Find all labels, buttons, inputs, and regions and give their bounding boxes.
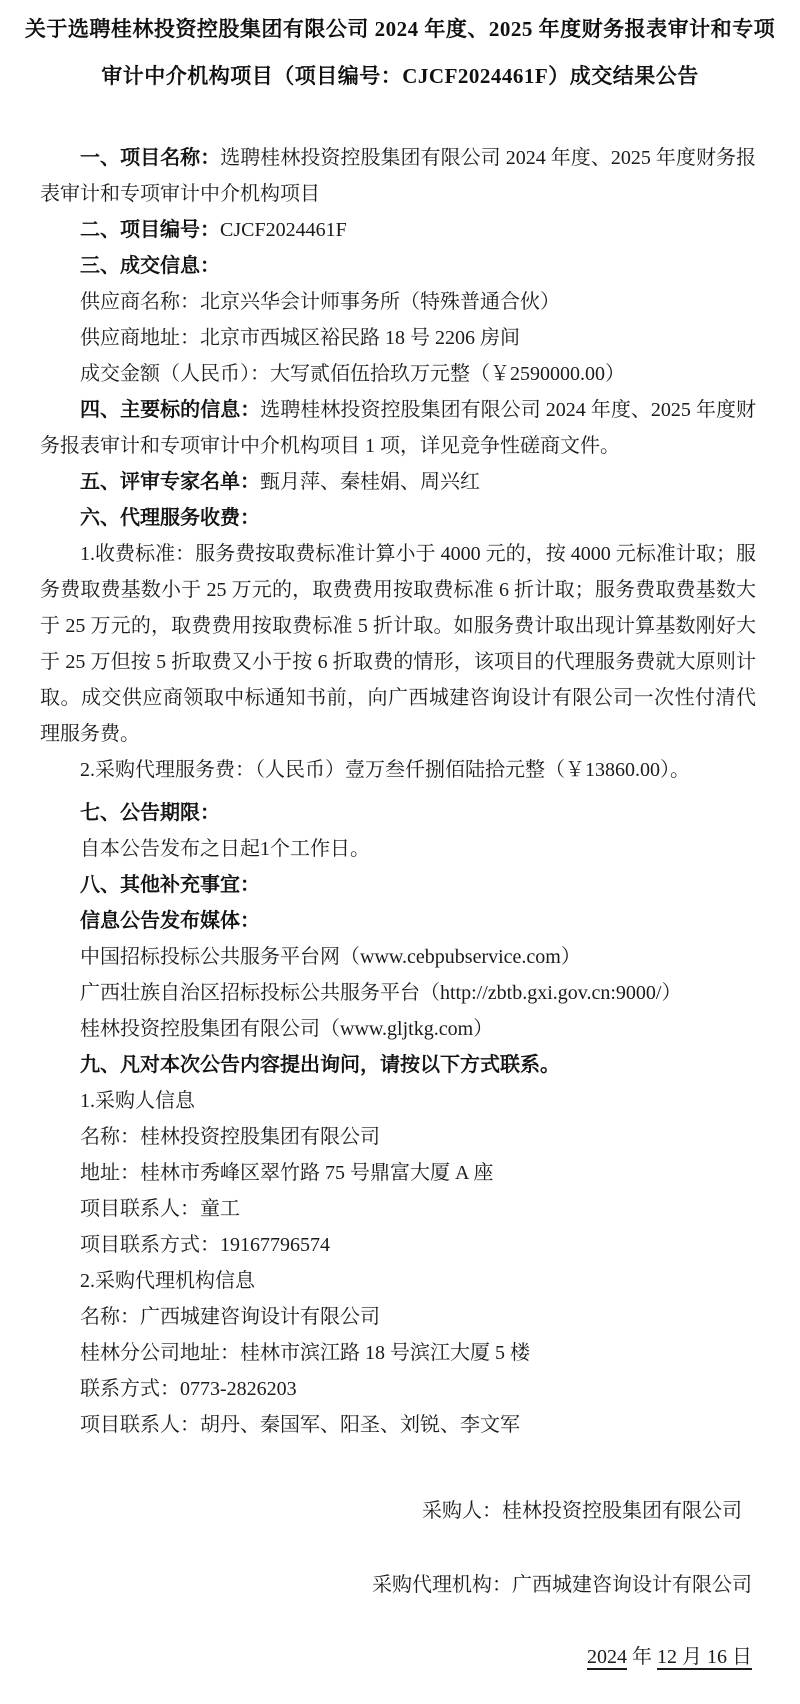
section-label: 二、项目编号：	[80, 219, 220, 241]
announcement-document: 关于选聘桂林投资控股集团有限公司 2024 年度、2025 年度财务报表审计和专…	[0, 0, 800, 1704]
paragraph: 桂林分公司地址：桂林市滨江路 18 号滨江大厦 5 楼	[40, 1335, 756, 1371]
section-label: 五、评审专家名单：	[80, 471, 260, 493]
date-separator: 年	[627, 1646, 657, 1668]
paragraph: 供应商名称：北京兴华会计师事务所（特殊普通合伙）	[40, 284, 756, 320]
paragraph: 一、项目名称：选聘桂林投资控股集团有限公司 2024 年度、2025 年度财务报…	[40, 140, 756, 212]
date-year: 2024	[587, 1646, 627, 1668]
date-month-day: 12 月 16 日	[657, 1646, 752, 1668]
paragraph: 二、项目编号：CJCF2024461F	[40, 212, 756, 248]
section-label: 信息公告发布媒体：	[80, 910, 260, 932]
section-heading: 六、代理服务收费：	[40, 500, 756, 536]
section-label: 九、凡对本次公告内容提出询问，请按以下方式联系。	[80, 1054, 560, 1076]
paragraph-text: 1.采购人信息	[80, 1090, 195, 1112]
section-heading: 七、公告期限：	[40, 795, 756, 831]
signature-date: 2024 年 12 月 16 日	[587, 1640, 752, 1669]
section-label: 六、代理服务收费：	[80, 507, 260, 529]
paragraph: 名称：桂林投资控股集团有限公司	[40, 1119, 756, 1155]
paragraph-text: 名称：桂林投资控股集团有限公司	[80, 1126, 380, 1148]
section-label: 四、主要标的信息：	[80, 399, 260, 421]
paragraph-text: 项目联系方式：19167796574	[80, 1234, 330, 1256]
paragraph-text: 广西壮族自治区招标投标公共服务平台（http://zbtb.gxi.gov.cn…	[80, 982, 681, 1004]
paragraph: 联系方式：0773-2826203	[40, 1371, 756, 1407]
paragraph: 广西壮族自治区招标投标公共服务平台（http://zbtb.gxi.gov.cn…	[40, 975, 756, 1011]
paragraph-text: 项目联系人：胡丹、秦国军、阳圣、刘锐、李文军	[80, 1414, 520, 1436]
paragraph-text: 自本公告发布之日起1个工作日。	[80, 838, 370, 860]
paragraph-text: 桂林分公司地址：桂林市滨江路 18 号滨江大厦 5 楼	[80, 1342, 530, 1364]
paragraph: 地址：桂林市秀峰区翠竹路 75 号鼎富大厦 A 座	[40, 1155, 756, 1191]
paragraph-text: 供应商地址：北京市西城区裕民路 18 号 2206 房间	[80, 327, 520, 349]
paragraph: 四、主要标的信息：选聘桂林投资控股集团有限公司 2024 年度、2025 年度财…	[40, 392, 756, 464]
paragraph-text: 1.收费标准：服务费按取费标准计算小于 4000 元的，按 4000 元标准计取…	[40, 543, 756, 745]
paragraph-text: 供应商名称：北京兴华会计师事务所（特殊普通合伙）	[80, 291, 560, 313]
paragraph: 成交金额（人民币）：大写贰佰伍拾玖万元整（￥2590000.00）	[40, 356, 756, 392]
signature-agency: 采购代理机构：广西城建咨询设计有限公司	[372, 1568, 752, 1597]
paragraph: 1.采购人信息	[40, 1083, 756, 1119]
paragraph-text: 2.采购代理机构信息	[80, 1270, 255, 1292]
section-heading: 三、成交信息：	[40, 248, 756, 284]
section-label: 三、成交信息：	[80, 255, 220, 277]
paragraph: 2.采购代理机构信息	[40, 1263, 756, 1299]
section-heading: 九、凡对本次公告内容提出询问，请按以下方式联系。	[40, 1047, 756, 1083]
section-heading: 八、其他补充事宜：	[40, 867, 756, 903]
paragraph-text: 甄月萍、秦桂娟、周兴红	[260, 471, 480, 493]
paragraph-text: 项目联系人：童工	[80, 1198, 240, 1220]
paragraph: 五、评审专家名单：甄月萍、秦桂娟、周兴红	[40, 464, 756, 500]
section-heading: 信息公告发布媒体：	[40, 903, 756, 939]
paragraph: 项目联系方式：19167796574	[40, 1227, 756, 1263]
signature-purchaser: 采购人：桂林投资控股集团有限公司	[422, 1494, 742, 1523]
paragraph-text: 2.采购代理服务费：（人民币）壹万叁仟捌佰陆拾元整（￥13860.00）。	[80, 759, 690, 781]
section-label: 八、其他补充事宜：	[80, 874, 260, 896]
paragraph: 桂林投资控股集团有限公司（www.gljtkg.com）	[40, 1011, 756, 1047]
section-label: 一、项目名称：	[80, 147, 220, 169]
paragraph-text: 名称：广西城建咨询设计有限公司	[80, 1306, 380, 1328]
paragraph: 1.收费标准：服务费按取费标准计算小于 4000 元的，按 4000 元标准计取…	[40, 536, 756, 752]
paragraph-text: 中国招标投标公共服务平台网（www.cebpubservice.com）	[80, 946, 581, 968]
paragraph: 项目联系人：童工	[40, 1191, 756, 1227]
section-label: 七、公告期限：	[80, 802, 220, 824]
document-title: 关于选聘桂林投资控股集团有限公司 2024 年度、2025 年度财务报表审计和专…	[0, 0, 800, 100]
paragraph: 自本公告发布之日起1个工作日。	[40, 831, 756, 867]
paragraph-text: CJCF2024461F	[220, 219, 347, 241]
paragraph-text: 地址：桂林市秀峰区翠竹路 75 号鼎富大厦 A 座	[80, 1162, 493, 1184]
paragraph: 供应商地址：北京市西城区裕民路 18 号 2206 房间	[40, 320, 756, 356]
paragraph-list: 一、项目名称：选聘桂林投资控股集团有限公司 2024 年度、2025 年度财务报…	[40, 140, 756, 1443]
paragraph-text: 桂林投资控股集团有限公司（www.gljtkg.com）	[80, 1018, 493, 1040]
paragraph: 2.采购代理服务费：（人民币）壹万叁仟捌佰陆拾元整（￥13860.00）。	[40, 752, 756, 788]
paragraph: 名称：广西城建咨询设计有限公司	[40, 1299, 756, 1335]
paragraph: 项目联系人：胡丹、秦国军、阳圣、刘锐、李文军	[40, 1407, 756, 1443]
paragraph: 中国招标投标公共服务平台网（www.cebpubservice.com）	[40, 939, 756, 975]
paragraph-text: 成交金额（人民币）：大写贰佰伍拾玖万元整（￥2590000.00）	[80, 363, 625, 385]
paragraph-text: 联系方式：0773-2826203	[80, 1378, 297, 1400]
